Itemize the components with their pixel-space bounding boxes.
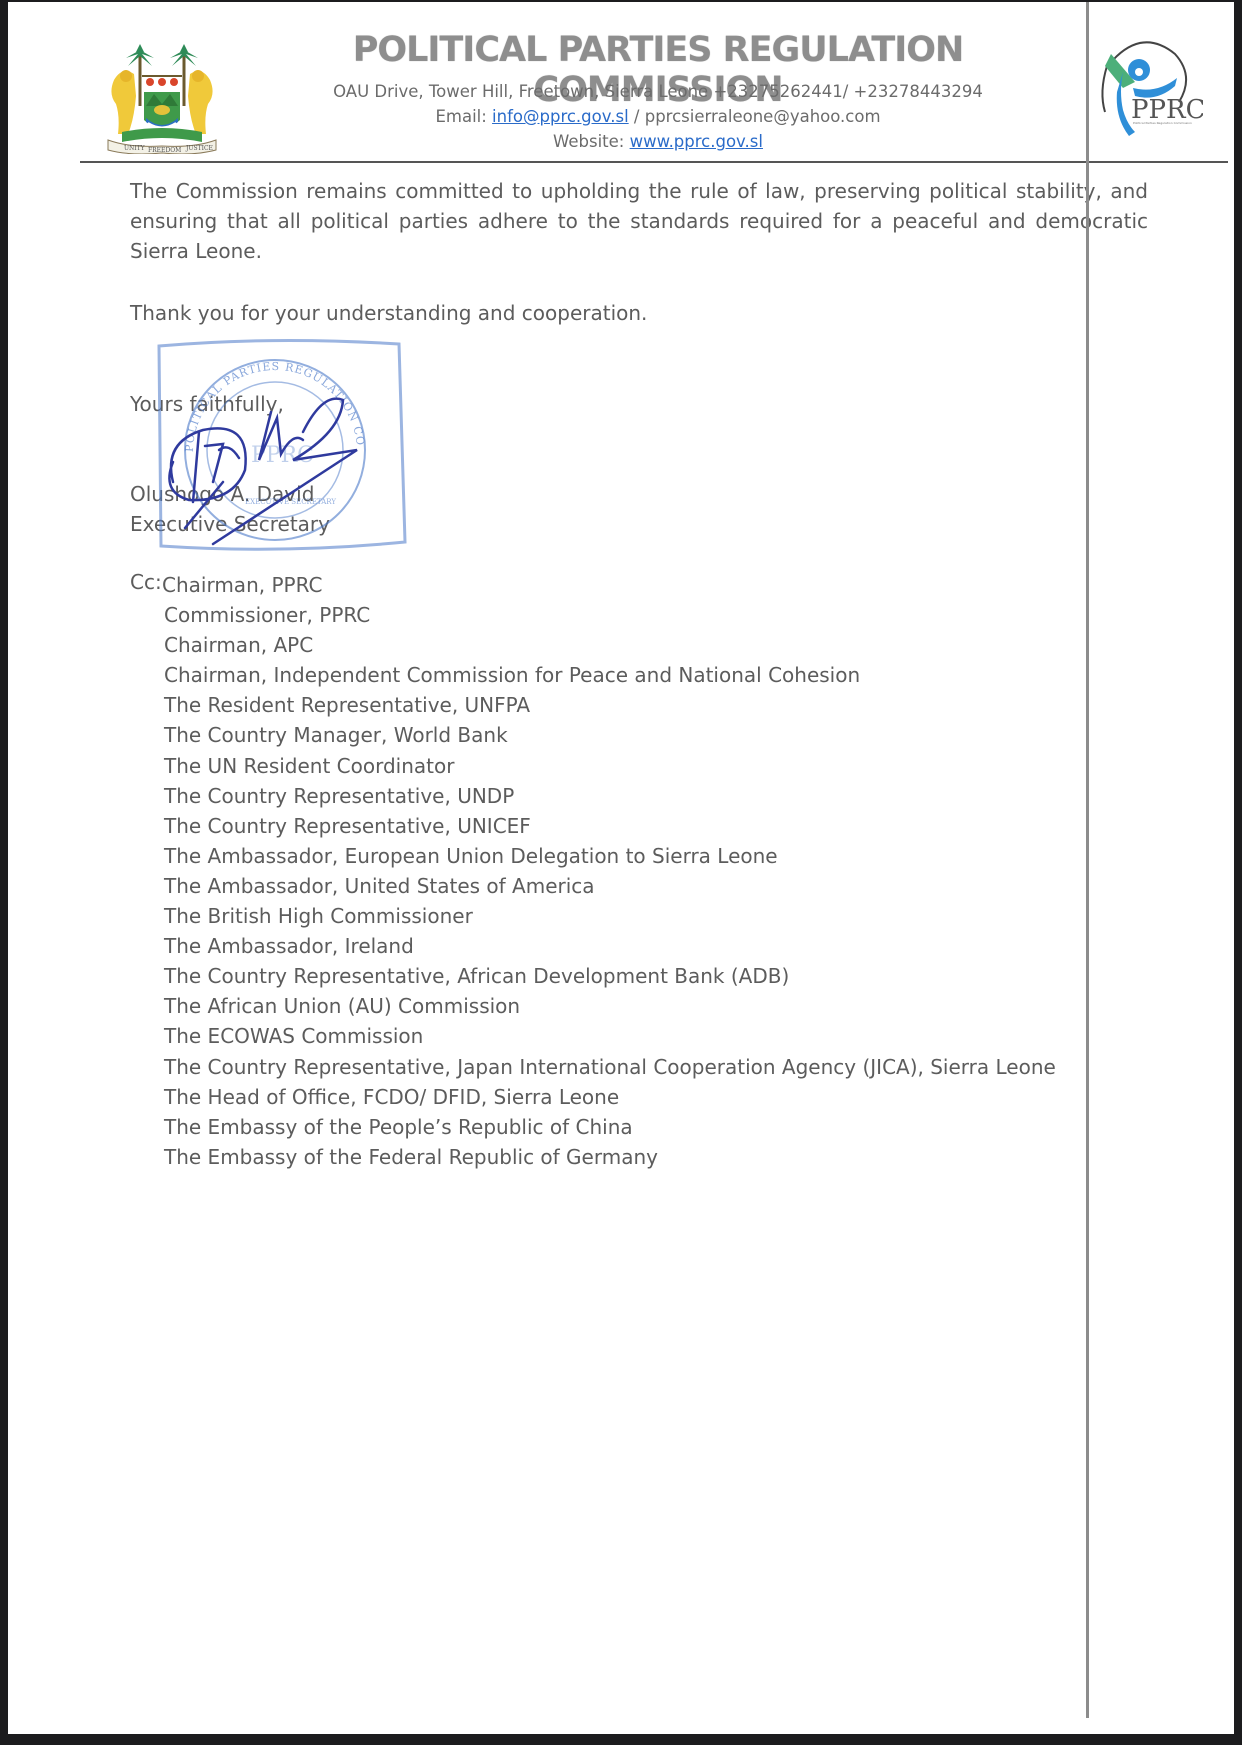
cc-recipient: The Ambassador, European Union Delegatio… <box>164 841 1056 871</box>
cc-recipient: Chairman, Independent Commission for Pea… <box>164 660 1056 690</box>
cc-recipient: Chairman, PPRC <box>162 570 1056 600</box>
svg-text:FREEDOM: FREEDOM <box>148 147 181 154</box>
email-secondary: pprcsierraleone@yahoo.com <box>645 107 881 126</box>
email-line: Email: info@pprc.gov.sl / pprcsierraleon… <box>258 107 1058 126</box>
svg-text:UNITY: UNITY <box>124 145 146 152</box>
cc-recipient: The Head of Office, FCDO/ DFID, Sierra L… <box>164 1082 1056 1112</box>
cc-recipient-list: Chairman, PPRC Commissioner, PPRC Chairm… <box>164 570 1056 1172</box>
cc-recipient: The Country Representative, UNDP <box>164 781 1056 811</box>
cc-recipient: The Country Manager, World Bank <box>164 720 1056 750</box>
cc-label: Cc: <box>130 570 162 594</box>
cc-recipient: The Resident Representative, UNFPA <box>164 690 1056 720</box>
cc-recipient: The Ambassador, Ireland <box>164 931 1056 961</box>
email-link-primary[interactable]: info@pprc.gov.sl <box>492 107 629 126</box>
cc-recipient: The UN Resident Coordinator <box>164 751 1056 781</box>
cc-recipient: The Embassy of the People’s Republic of … <box>164 1112 1056 1142</box>
svg-text:Political Parties Regulation C: Political Parties Regulation Commission <box>1133 121 1192 125</box>
cc-recipient: The ECOWAS Commission <box>164 1021 1056 1051</box>
cc-recipient: The British High Commissioner <box>164 901 1056 931</box>
scan-artifact-vertical-line <box>1086 2 1089 1718</box>
svg-text:PPRC: PPRC <box>251 443 314 468</box>
cc-recipient: Chairman, APC <box>164 630 1056 660</box>
thanks-line: Thank you for your understanding and coo… <box>130 298 647 328</box>
cc-recipient: Commissioner, PPRC <box>164 600 1056 630</box>
paragraph-line: ensuring that all political parties adhe… <box>130 206 1148 236</box>
closing-salutation: Yours faithfully, <box>130 389 284 419</box>
signatory-name: Olushogo A. David <box>130 479 314 509</box>
cc-recipient: The Country Representative, Japan Intern… <box>164 1052 1056 1082</box>
address-line: OAU Drive, Tower Hill, Freetown, Sierra … <box>258 82 1058 101</box>
header-divider <box>80 161 1228 163</box>
paragraph-line: Sierra Leone. <box>130 236 1148 266</box>
cc-recipient: The Country Representative, African Deve… <box>164 961 1056 991</box>
document-page: UNITY FREEDOM JUSTICE POLITICAL PARTIES … <box>8 2 1234 1734</box>
website-label: Website: <box>553 132 630 151</box>
cc-recipient: The Ambassador, United States of America <box>164 871 1056 901</box>
paragraph-line: The Commission remains committed to upho… <box>130 176 1148 206</box>
cc-recipient: The African Union (AU) Commission <box>164 991 1056 1021</box>
website-link[interactable]: www.pprc.gov.sl <box>630 132 763 151</box>
pprc-logo-icon: PPRC Political Parties Regulation Commis… <box>1083 32 1203 144</box>
sierra-leone-coat-of-arms-icon: UNITY FREEDOM JUSTICE <box>100 36 224 154</box>
signatory-title: Executive Secretary <box>130 509 330 539</box>
website-line: Website: www.pprc.gov.sl <box>258 132 1058 151</box>
cc-recipient: The Country Representative, UNICEF <box>164 811 1056 841</box>
email-label: Email: <box>435 107 492 126</box>
svg-text:JUSTICE: JUSTICE <box>185 145 213 152</box>
cc-recipient: The Embassy of the Federal Republic of G… <box>164 1142 1056 1172</box>
email-separator: / <box>629 107 645 126</box>
closing-paragraph: The Commission remains committed to upho… <box>130 176 1148 266</box>
